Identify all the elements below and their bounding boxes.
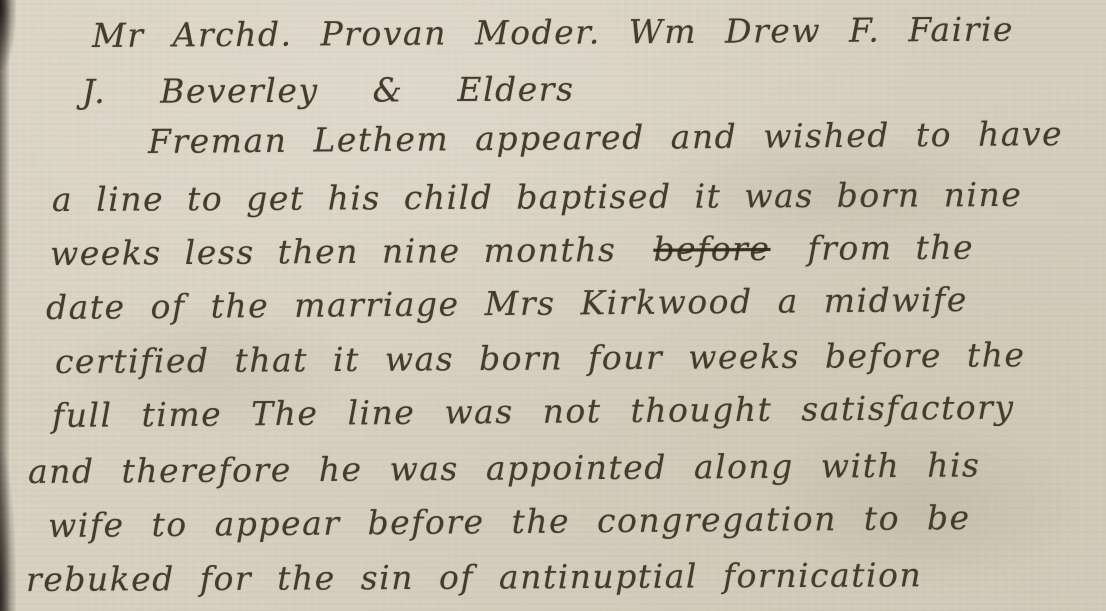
heading-line-ministers: Mr Archd. Provan Moder. Wm Drew F. Fairi…: [92, 10, 1014, 55]
manuscript-line-with-strikethrough: weeks less then nine months before from …: [50, 228, 974, 273]
scan-corner-shadow-bottom: [0, 451, 16, 611]
manuscript-line: certified that it was born four weeks be…: [55, 335, 1026, 381]
line5-text-before-strike: weeks less then nine months: [50, 230, 617, 273]
manuscript-page: Mr Archd. Provan Moder. Wm Drew F. Fairi…: [0, 0, 1106, 611]
manuscript-line: a line to get his child baptised it was …: [52, 175, 1023, 219]
scan-edge-shadow: [0, 0, 10, 611]
manuscript-line: full time The line was not thought satis…: [52, 388, 1015, 435]
manuscript-line: date of the marriage Mrs Kirkwood a midw…: [46, 280, 968, 327]
line5-text-after-strike: from the: [807, 228, 974, 268]
manuscript-line: and therefore he was appointed along wit…: [28, 445, 981, 491]
struck-word: before: [653, 229, 770, 269]
manuscript-line: rebuked for the sin of antinuptial forni…: [26, 555, 922, 599]
manuscript-line: wife to appear before the congregation t…: [48, 498, 971, 545]
heading-line-elders: J. Beverley & Elders: [82, 69, 575, 111]
scan-corner-shadow-top: [0, 0, 16, 70]
manuscript-line: Freman Lethem appeared and wished to hav…: [148, 114, 1063, 161]
